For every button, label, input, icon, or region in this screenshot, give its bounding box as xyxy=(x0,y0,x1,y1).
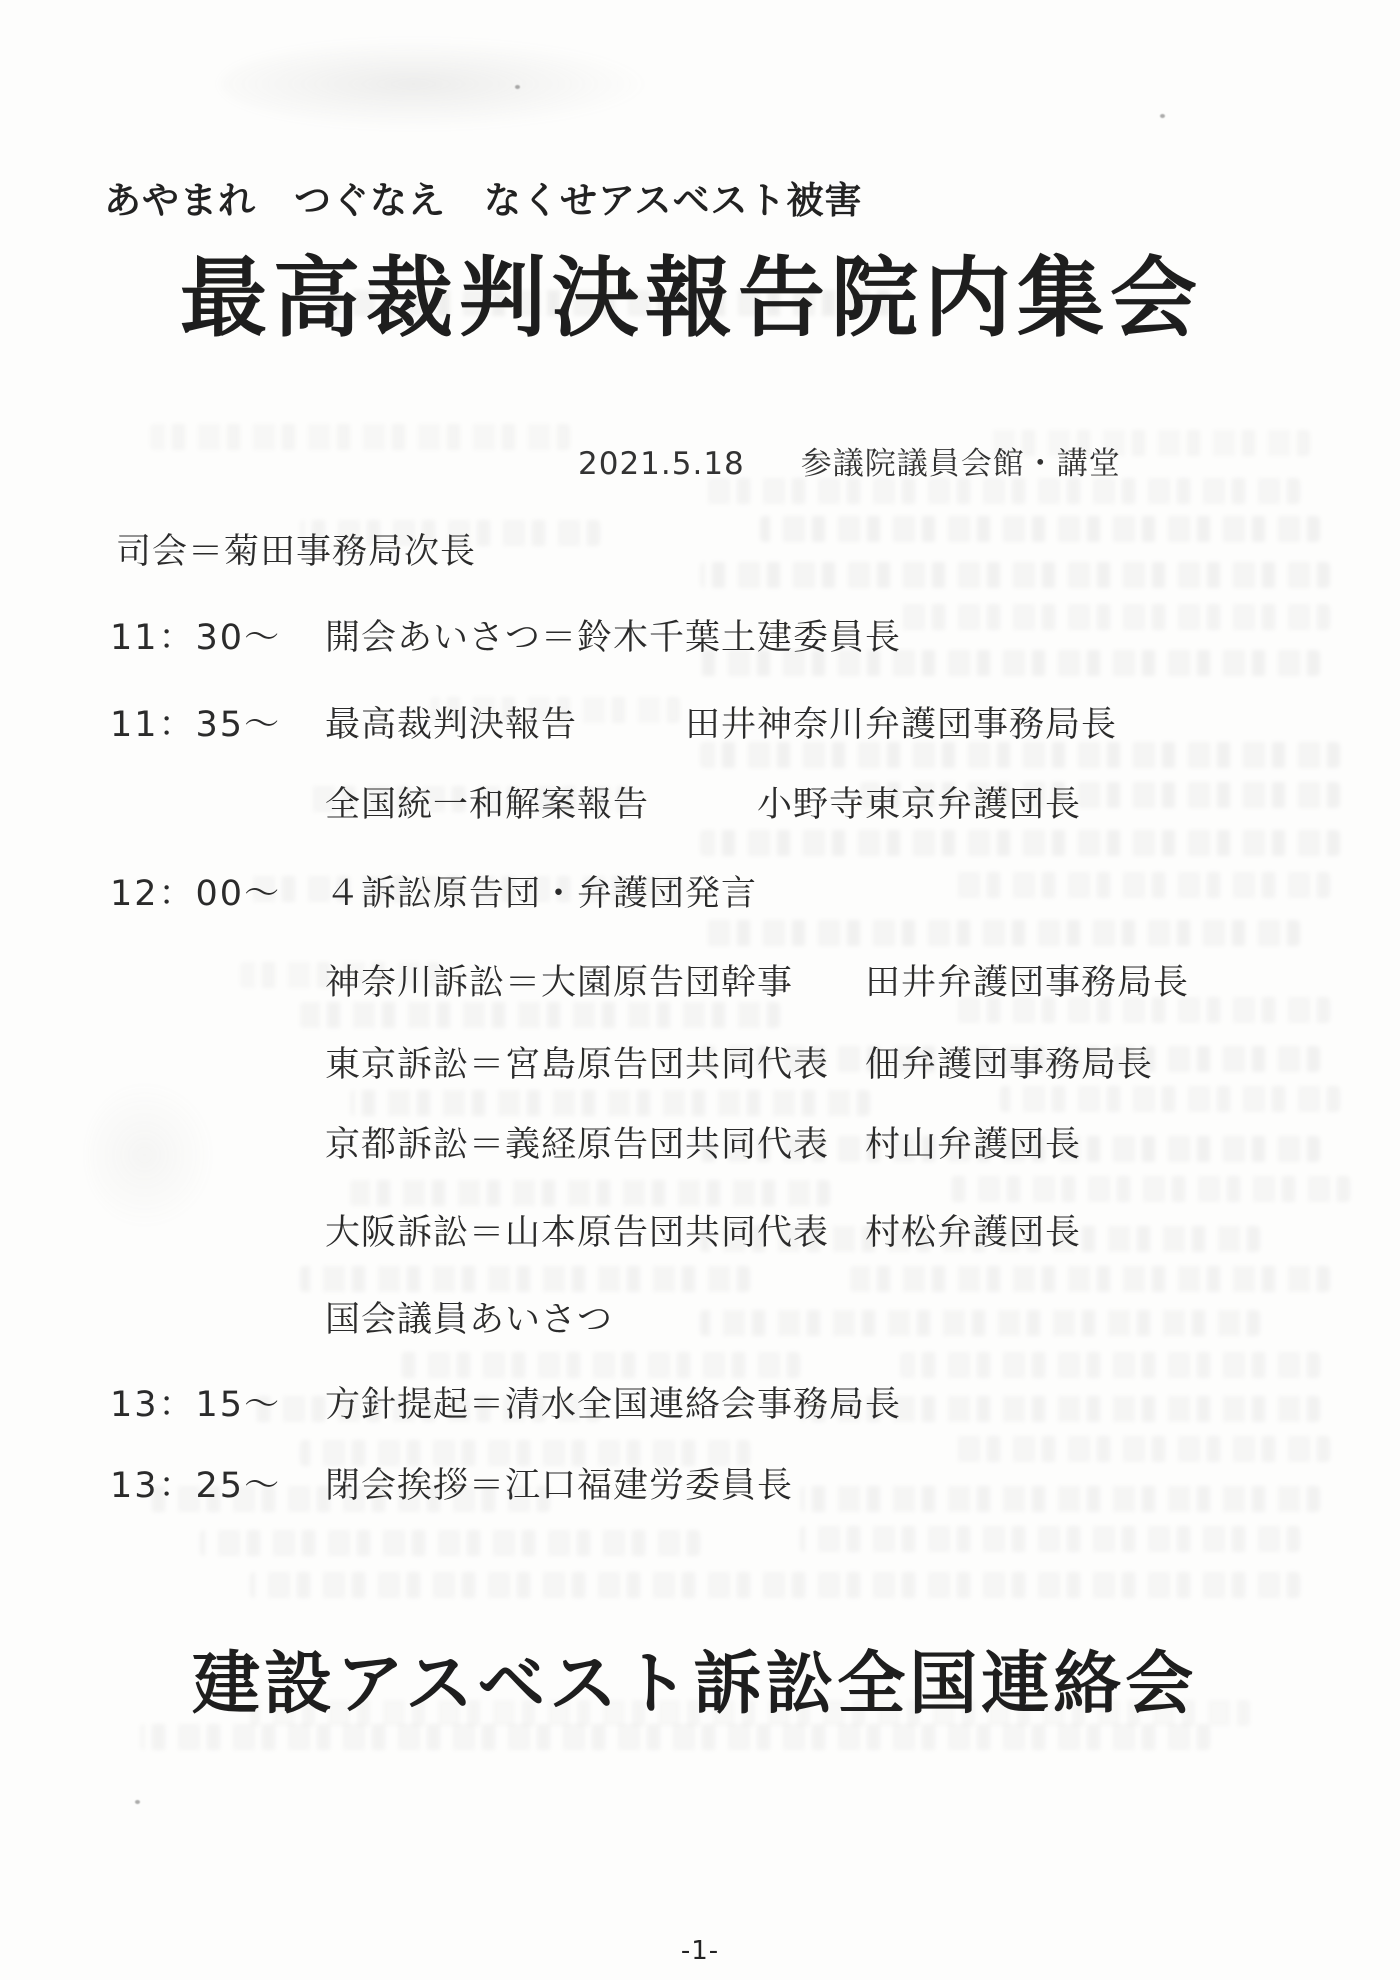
schedule-row: 国会議員あいさつ xyxy=(0,1292,1400,1338)
event-date: 2021.5.18 xyxy=(578,446,745,482)
schedule-description: 大阪訴訟＝山本原告団共同代表 村松弁護団長 xyxy=(325,1205,1081,1255)
schedule-row: 13：25～ 閉会挨拶＝江口福建労委員長 xyxy=(0,1458,1400,1504)
schedule-description: 国会議員あいさつ xyxy=(325,1292,613,1342)
bleedthrough-line xyxy=(250,1572,1300,1598)
schedule-description: 開会あいさつ＝鈴木千葉土建委員長 xyxy=(325,610,901,660)
event-dateline: 2021.5.18参議院議員会館・講堂 xyxy=(578,438,1121,483)
schedule-description: 京都訴訟＝義経原告団共同代表 村山弁護団長 xyxy=(325,1117,1081,1167)
page-number: -1- xyxy=(0,1936,1400,1966)
bleedthrough-line xyxy=(300,1266,750,1292)
schedule-description: ４訴訟原告団・弁護団発言 xyxy=(325,866,757,916)
bleedthrough-line xyxy=(300,1002,780,1028)
bleedthrough-line xyxy=(850,1266,1330,1292)
schedule-description: 全国統一和解案報告 小野寺東京弁護団長 xyxy=(325,777,1081,827)
schedule-row: 東京訴訟＝宮島原告団共同代表 佃弁護団事務局長 xyxy=(0,1037,1400,1083)
bleedthrough-line xyxy=(400,1352,800,1378)
scan-smudge xyxy=(220,38,650,130)
schedule-description: 方針提起＝清水全国連絡会事務局長 xyxy=(325,1377,901,1427)
bleedthrough-line xyxy=(950,1176,1350,1202)
bleedthrough-line xyxy=(800,1526,1300,1552)
schedule-row: 大阪訴訟＝山本原告団共同代表 村松弁護団長 xyxy=(0,1205,1400,1251)
event-venue: 参議院議員会館・講堂 xyxy=(801,446,1121,482)
bleedthrough-line xyxy=(140,1724,1210,1750)
schedule-row: 13：15～ 方針提起＝清水全国連絡会事務局長 xyxy=(0,1377,1400,1423)
scan-speck xyxy=(515,85,520,89)
bleedthrough-line xyxy=(700,920,1300,946)
schedule-row: 11：35～ 最高裁判決報告 田井神奈川弁護団事務局長 xyxy=(0,697,1400,743)
bleedthrough-line xyxy=(200,1530,700,1556)
bleedthrough-line xyxy=(150,424,570,450)
bleedthrough-line xyxy=(350,1180,830,1206)
schedule-description: 閉会挨拶＝江口福建労委員長 xyxy=(325,1458,793,1508)
schedule-description: 東京訴訟＝宮島原告団共同代表 佃弁護団事務局長 xyxy=(325,1037,1153,1087)
schedule-time: 11：35～ xyxy=(110,697,281,747)
campaign-slogan: あやまれ つぐなえ なくせアスベスト被害 xyxy=(104,170,863,224)
schedule-time: 11：30～ xyxy=(110,610,281,660)
schedule-description: 最高裁判決報告 田井神奈川弁護団事務局長 xyxy=(325,697,1117,747)
schedule-time: 13：15～ xyxy=(110,1377,281,1427)
bleedthrough-line xyxy=(1000,1086,1340,1112)
document-title: 最高裁判決報告院内集会 xyxy=(180,228,1203,353)
schedule-row: 11：30～ 開会あいさつ＝鈴木千葉土建委員長 xyxy=(0,610,1400,656)
bleedthrough-line xyxy=(700,562,1330,588)
bleedthrough-line xyxy=(700,830,1340,856)
bleedthrough-line xyxy=(900,1352,1320,1378)
scan-speck xyxy=(1160,114,1165,118)
schedule-row: 神奈川訴訟＝大園原告団幹事 田井弁護団事務局長 xyxy=(0,955,1400,1001)
schedule-description: 神奈川訴訟＝大園原告団幹事 田井弁護団事務局長 xyxy=(325,955,1189,1005)
scanned-document-page: あやまれ つぐなえ なくせアスベスト被害 最高裁判決報告院内集会 2021.5.… xyxy=(0,0,1400,1980)
bleedthrough-line xyxy=(760,516,1320,542)
schedule-row: 京都訴訟＝義経原告団共同代表 村山弁護団長 xyxy=(0,1117,1400,1163)
scan-speck xyxy=(135,1800,140,1804)
schedule-row: 12：00～ ４訴訟原告団・弁護団発言 xyxy=(0,866,1400,912)
schedule-time: 12：00～ xyxy=(110,866,281,916)
bleedthrough-line xyxy=(350,1090,870,1116)
moderator-line: 司会＝菊田事務局次長 xyxy=(116,524,476,574)
schedule-time: 13：25～ xyxy=(110,1458,281,1508)
schedule-row: 全国統一和解案報告 小野寺東京弁護団長 xyxy=(0,777,1400,823)
organization-name: 建設アスベスト訴訟全国連絡会 xyxy=(192,1630,1197,1727)
